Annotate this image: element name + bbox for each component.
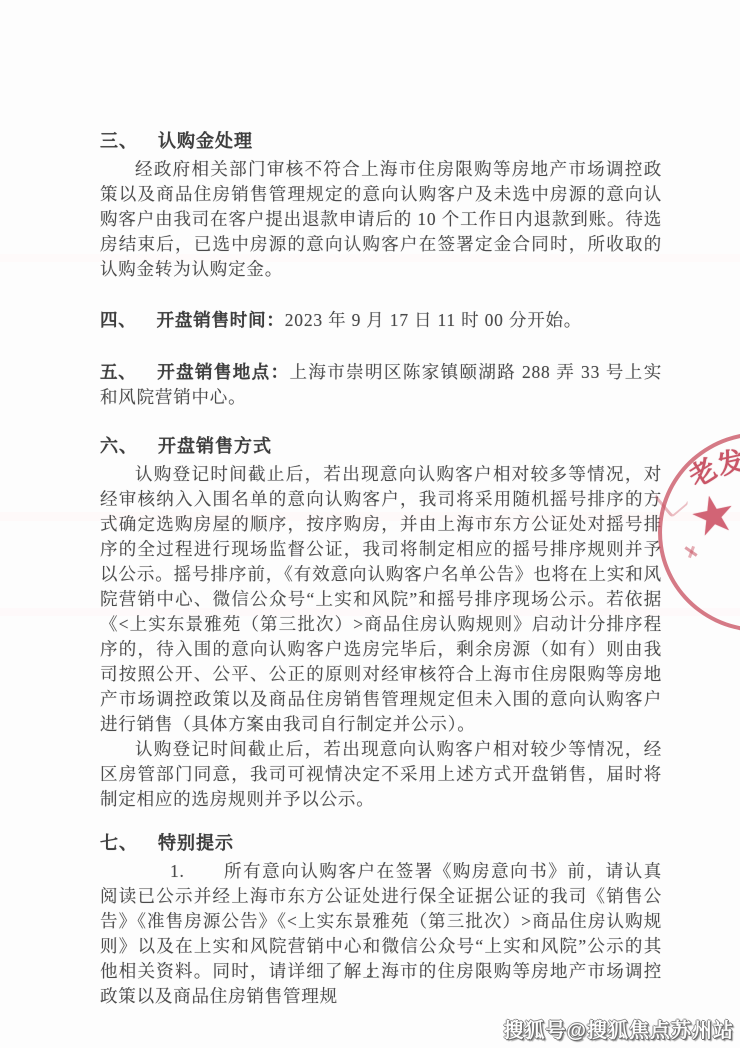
section-number: 四、 [100, 308, 137, 333]
seal-text-char: 老 [685, 455, 722, 492]
paragraph: 经政府相关部门审核不符合上海市住房限购等房地产市场调控政策以及商品住房销售管理规… [100, 157, 662, 282]
section-inline-heading: 四、开盘销售时间：2023 年 9 月 17 日 11 时 00 分开始。 [100, 308, 662, 333]
section-number: 七、 [100, 830, 138, 856]
section-sale-time: 四、开盘销售时间：2023 年 9 月 17 日 11 时 00 分开始。 [100, 308, 662, 333]
section-title: 开盘销售时间： [157, 310, 285, 330]
section-special-notes: 七、特别提示 1.所有意向认购客户在签署《购房意向书》前，请认真阅读已公示并经上… [100, 830, 662, 1009]
document-body: 三、认购金处理 经政府相关部门审核不符合上海市住房限购等房地产市场调控政策以及商… [100, 128, 662, 1009]
section-sale-method: 六、开盘销售方式 认购登记时间截止后，若出现意向认购客户相对较多等情况，对经审核… [100, 433, 662, 812]
section-sale-location: 五、开盘销售地点：上海市崇明区陈家镇颐湖路 288 弄 33 号上实和风院营销中… [100, 360, 662, 410]
paragraph: 认购登记时间截止后，若出现意向认购客户相对较多等情况，对经审核纳入入围名单的意向… [100, 462, 662, 737]
section-number: 六、 [100, 433, 138, 459]
section-heading: 三、认购金处理 [100, 128, 662, 154]
numbered-item: 1.所有意向认购客户在签署《购房意向书》前，请认真阅读已公示并经上海市东方公证处… [100, 859, 662, 1009]
seal-star-icon: ★ [685, 486, 740, 547]
scanned-document-page: 三、认购金处理 经政府相关部门审核不符合上海市住房限购等房地产市场调控政策以及商… [0, 0, 740, 1048]
section-number: 五、 [100, 360, 137, 385]
paragraph: 认购登记时间截止后，若出现意向认购客户相对较少等情况，经区房管部门同意，我司可视… [100, 737, 662, 812]
official-red-seal: 老 发 ★ [656, 428, 740, 638]
section-title: 开盘销售地点： [157, 362, 290, 382]
section-title: 认购金处理 [158, 131, 253, 151]
section-heading: 六、开盘销售方式 [100, 433, 662, 459]
section-title: 特别提示 [158, 833, 234, 853]
page-number: 2 [0, 966, 740, 982]
sohu-watermark: 搜狐号@搜狐焦点苏州站 [503, 1014, 734, 1043]
item-number: 1. [135, 859, 185, 884]
seal-small-mark [684, 546, 697, 556]
seal-text-char: 发 [715, 447, 740, 479]
section-heading: 七、特别提示 [100, 830, 662, 856]
seal-small-mark [688, 546, 695, 558]
section-inline-heading: 五、开盘销售地点：上海市崇明区陈家镇颐湖路 288 弄 33 号上实和风院营销中… [100, 360, 662, 410]
sale-time-value: 2023 年 9 月 17 日 11 时 00 分开始。 [285, 310, 582, 330]
section-title: 开盘销售方式 [158, 436, 272, 456]
section-number: 三、 [100, 128, 138, 154]
section-subscription-fee: 三、认购金处理 经政府相关部门审核不符合上海市住房限购等房地产市场调控政策以及商… [100, 128, 662, 282]
